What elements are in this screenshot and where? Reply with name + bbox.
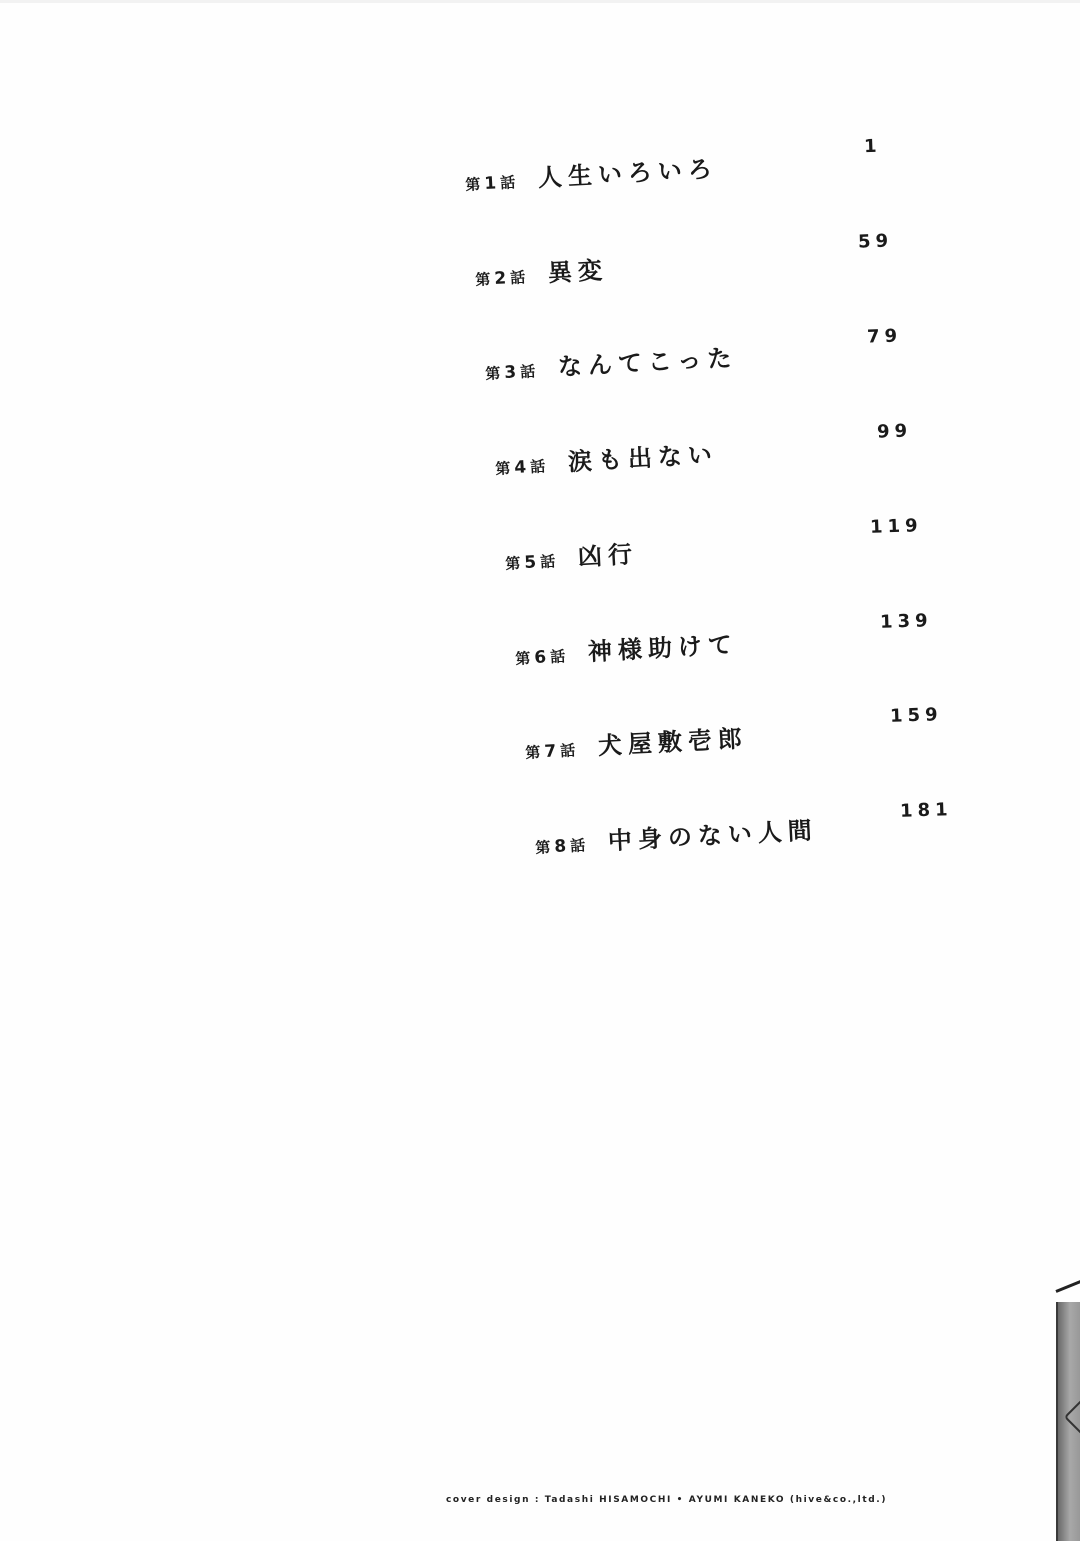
toc-entry-7[interactable]: 第7話 犬屋敷壱郎	[524, 718, 748, 765]
episode-prefix: 第	[525, 743, 542, 762]
episode-title: 涙も出ない	[567, 434, 719, 477]
toc-entry-4[interactable]: 第4話 涙も出ない	[494, 434, 718, 481]
episode-title: 人生いろいろ	[537, 149, 719, 193]
episode-prefix: 第	[465, 175, 482, 194]
episode-suffix: 話	[530, 457, 547, 476]
page-number-3: 79	[867, 325, 903, 347]
episode-number: 1	[484, 173, 498, 194]
episode-title: 中身のない人間	[607, 810, 819, 856]
toc-entry-5[interactable]: 第5話 凶行	[504, 534, 639, 576]
episode-prefix: 第	[515, 649, 532, 668]
episode-suffix: 話	[520, 362, 537, 381]
episode-label: 第8話	[535, 834, 587, 858]
episode-label: 第6話	[515, 645, 567, 669]
episode-number: 7	[544, 741, 558, 762]
episode-number: 5	[524, 552, 538, 573]
toc-entry-6[interactable]: 第6話 神様助けて	[514, 624, 738, 671]
episode-suffix: 話	[570, 836, 587, 855]
edge-illustration-fragment	[1056, 1302, 1080, 1541]
episode-title: なんてこった	[557, 338, 738, 382]
cover-design-credits: cover design : Tadashi HISAMOCHI • AYUMI…	[446, 1495, 887, 1505]
toc-entry-1[interactable]: 第1話 人生いろいろ	[464, 149, 718, 197]
episode-label: 第1話	[465, 171, 517, 195]
page-number-2: 59	[858, 230, 894, 252]
episode-suffix: 話	[540, 552, 557, 571]
episode-number: 8	[554, 836, 568, 857]
episode-title: 異変	[547, 250, 609, 288]
page-number-4: 99	[877, 420, 913, 442]
episode-number: 3	[504, 362, 518, 383]
page-number-5: 119	[870, 515, 923, 538]
table-of-contents: 第1話 人生いろいろ 1 第2話 異変 59 第3話 なんてこった 79 第4話…	[0, 0, 1080, 900]
episode-number: 6	[534, 647, 548, 668]
episode-label: 第2話	[475, 266, 527, 290]
episode-suffix: 話	[510, 268, 527, 287]
page-number-7: 159	[890, 704, 943, 727]
episode-title: 犬屋敷壱郎	[597, 718, 749, 761]
episode-suffix: 話	[550, 647, 567, 666]
episode-label: 第7話	[525, 739, 577, 763]
episode-prefix: 第	[475, 270, 492, 289]
episode-label: 第4話	[495, 455, 547, 479]
episode-prefix: 第	[505, 554, 522, 573]
toc-entry-3[interactable]: 第3話 なんてこった	[484, 338, 738, 386]
episode-number: 2	[494, 268, 508, 289]
toc-entry-8[interactable]: 第8話 中身のない人間	[534, 810, 818, 860]
page-number-1: 1	[864, 136, 882, 158]
episode-prefix: 第	[535, 838, 552, 857]
episode-title: 神様助けて	[587, 624, 739, 667]
episode-prefix: 第	[495, 459, 512, 478]
page-number-8: 181	[900, 799, 953, 822]
diamond-shape-icon	[1064, 1396, 1080, 1438]
episode-suffix: 話	[560, 741, 577, 760]
episode-title: 凶行	[577, 534, 639, 572]
episode-label: 第3話	[485, 360, 537, 384]
page-number-6: 139	[880, 610, 933, 633]
episode-suffix: 話	[500, 173, 517, 192]
episode-prefix: 第	[485, 364, 502, 383]
episode-number: 4	[514, 457, 528, 478]
toc-entry-2[interactable]: 第2話 異変	[474, 250, 609, 292]
episode-label: 第5話	[505, 550, 557, 574]
